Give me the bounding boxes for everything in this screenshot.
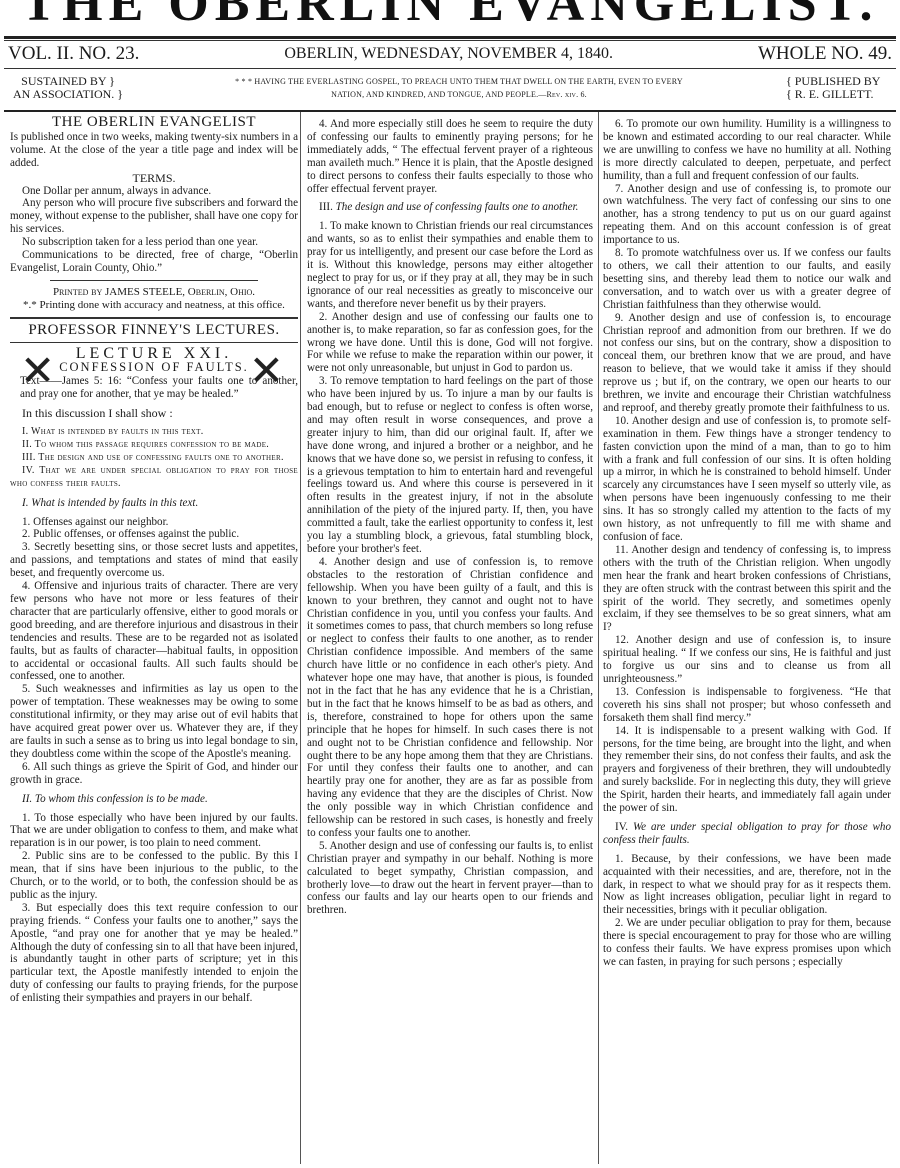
paragraph: 1. Because, by their confessions, we hav…	[603, 853, 891, 918]
info-box-title: THE OBERLIN EVANGELIST	[10, 116, 298, 129]
paragraph: 3. To remove temptation to hard feelings…	[307, 375, 593, 556]
masthead-rule	[4, 36, 896, 39]
paragraph: 3. But especially does this text require…	[10, 902, 298, 1005]
paragraph: 5. Another design and use of confessing …	[307, 840, 593, 917]
paragraph: 4. Offensive and injurious traits of cha…	[10, 580, 298, 683]
divider	[10, 342, 298, 343]
lecture-header: ✕ ✕ LECTURE XXI. CONFESSION OF FAULTS.	[10, 348, 298, 374]
paragraph: 9. Another design and use of confession …	[603, 312, 891, 415]
divider	[50, 280, 258, 281]
column-2: 4. And more especially still does he see…	[307, 114, 593, 1164]
x-mark-icon: ✕	[20, 350, 55, 392]
place-date: OBERLIN, WEDNESDAY, NOVEMBER 4, 1840.	[284, 45, 613, 63]
terms-item: No subscription taken for a less period …	[10, 236, 298, 249]
motto-verse: * * * HAVING THE EVERLASTING GOSPEL, TO …	[132, 75, 786, 101]
column-1: THE OBERLIN EVANGELIST Is published once…	[10, 114, 298, 1164]
x-mark-icon: ✕	[249, 350, 284, 392]
terms-item: One Dollar per annum, always in advance.	[10, 185, 298, 198]
paragraph: 2. Public sins are to be confessed to th…	[10, 850, 298, 902]
part4-heading: IV. We are under special obligation to p…	[603, 821, 891, 847]
terms-item: Communications to be directed, free of c…	[10, 249, 298, 275]
part3-heading: III. The design and use of confessing fa…	[307, 201, 593, 214]
paragraph: 4. Another design and use of confession …	[307, 556, 593, 840]
masthead-title: THE OBERLIN EVANGELIST.	[0, 0, 900, 30]
column-3: 6. To promote our own humility. Humility…	[603, 114, 891, 1164]
masthead-rule-thin	[4, 40, 896, 41]
whole-number: WHOLE NO. 49.	[758, 43, 892, 65]
part1-heading: I. What is intended by faults in this te…	[10, 497, 298, 510]
section-heading: PROFESSOR FINNEY'S LECTURES.	[10, 324, 298, 337]
motto-bar: SUSTAINED BY } AN ASSOCIATION. } * * * H…	[4, 70, 896, 106]
dateline-rule	[4, 68, 896, 69]
paragraph: 2. We are under peculiar obligation to p…	[603, 917, 891, 969]
outline-item: I. What is intended by faults in this te…	[10, 426, 298, 439]
paragraph: 5. Such weaknesses and infirmities as la…	[10, 683, 298, 760]
paragraph: 14. It is indispensable to a present wal…	[603, 725, 891, 815]
published-by: { PUBLISHED BY { R. E. GILLETT.	[786, 75, 896, 101]
paragraph: 7. Another design and use of confessing …	[603, 183, 891, 248]
paragraph: 12. Another design and use of confession…	[603, 634, 891, 686]
paragraph: 13. Confession is indispensable to forgi…	[603, 686, 891, 725]
terms-heading: TERMS.	[10, 172, 298, 185]
volume-number: VOL. II. NO. 23.	[8, 43, 139, 65]
printer-line: Printed by JAMES STEELE, Oberlin, Ohio.	[10, 286, 298, 299]
paragraph: 6. To promote our own humility. Humility…	[603, 118, 891, 183]
header-bottom-rule	[4, 110, 896, 112]
column-divider	[300, 112, 301, 1164]
terms-item: Any person who will procure five subscri…	[10, 197, 298, 236]
info-box: THE OBERLIN EVANGELIST Is published once…	[10, 116, 298, 312]
printer-note: *.* Printing done with accuracy and neat…	[10, 299, 298, 312]
outline-item: III. The design and use of confessing fa…	[10, 452, 298, 465]
divider	[10, 317, 298, 319]
column-divider	[598, 112, 599, 1164]
info-box-intro: Is published once in two weeks, making t…	[10, 131, 298, 170]
paragraph: 6. All such things as grieve the Spirit …	[10, 761, 298, 787]
outline-item: II. To whom this passage requires confes…	[10, 439, 298, 452]
paragraph: 2. Another design and use of confessing …	[307, 311, 593, 376]
paragraph: 11. Another design and tendency of confe…	[603, 544, 891, 634]
paragraph: 4. And more especially still does he see…	[307, 118, 593, 195]
paragraph: 8. To promote watchfulness over us. If w…	[603, 247, 891, 312]
part2-heading: II. To whom this confession is to be mad…	[10, 793, 298, 806]
paragraph: 2. Public offenses, or offenses against …	[10, 528, 298, 541]
paragraph: 1. To those especially who have been inj…	[10, 812, 298, 851]
paragraph: 10. Another design and use of confession…	[603, 415, 891, 544]
paragraph: 3. Secretly besetting sins, or those sec…	[10, 541, 298, 580]
outline-item: IV. That we are under special obligation…	[10, 465, 298, 491]
paragraph: 1. Offenses against our neighbor.	[10, 516, 298, 529]
sustained-by: SUSTAINED BY } AN ASSOCIATION. }	[4, 75, 132, 101]
masthead: THE OBERLIN EVANGELIST.	[0, 0, 900, 30]
dateline: VOL. II. NO. 23. OBERLIN, WEDNESDAY, NOV…	[8, 42, 892, 66]
paragraph: 1. To make known to Christian friends ou…	[307, 220, 593, 310]
intro-line: In this discussion I shall show :	[10, 407, 298, 420]
